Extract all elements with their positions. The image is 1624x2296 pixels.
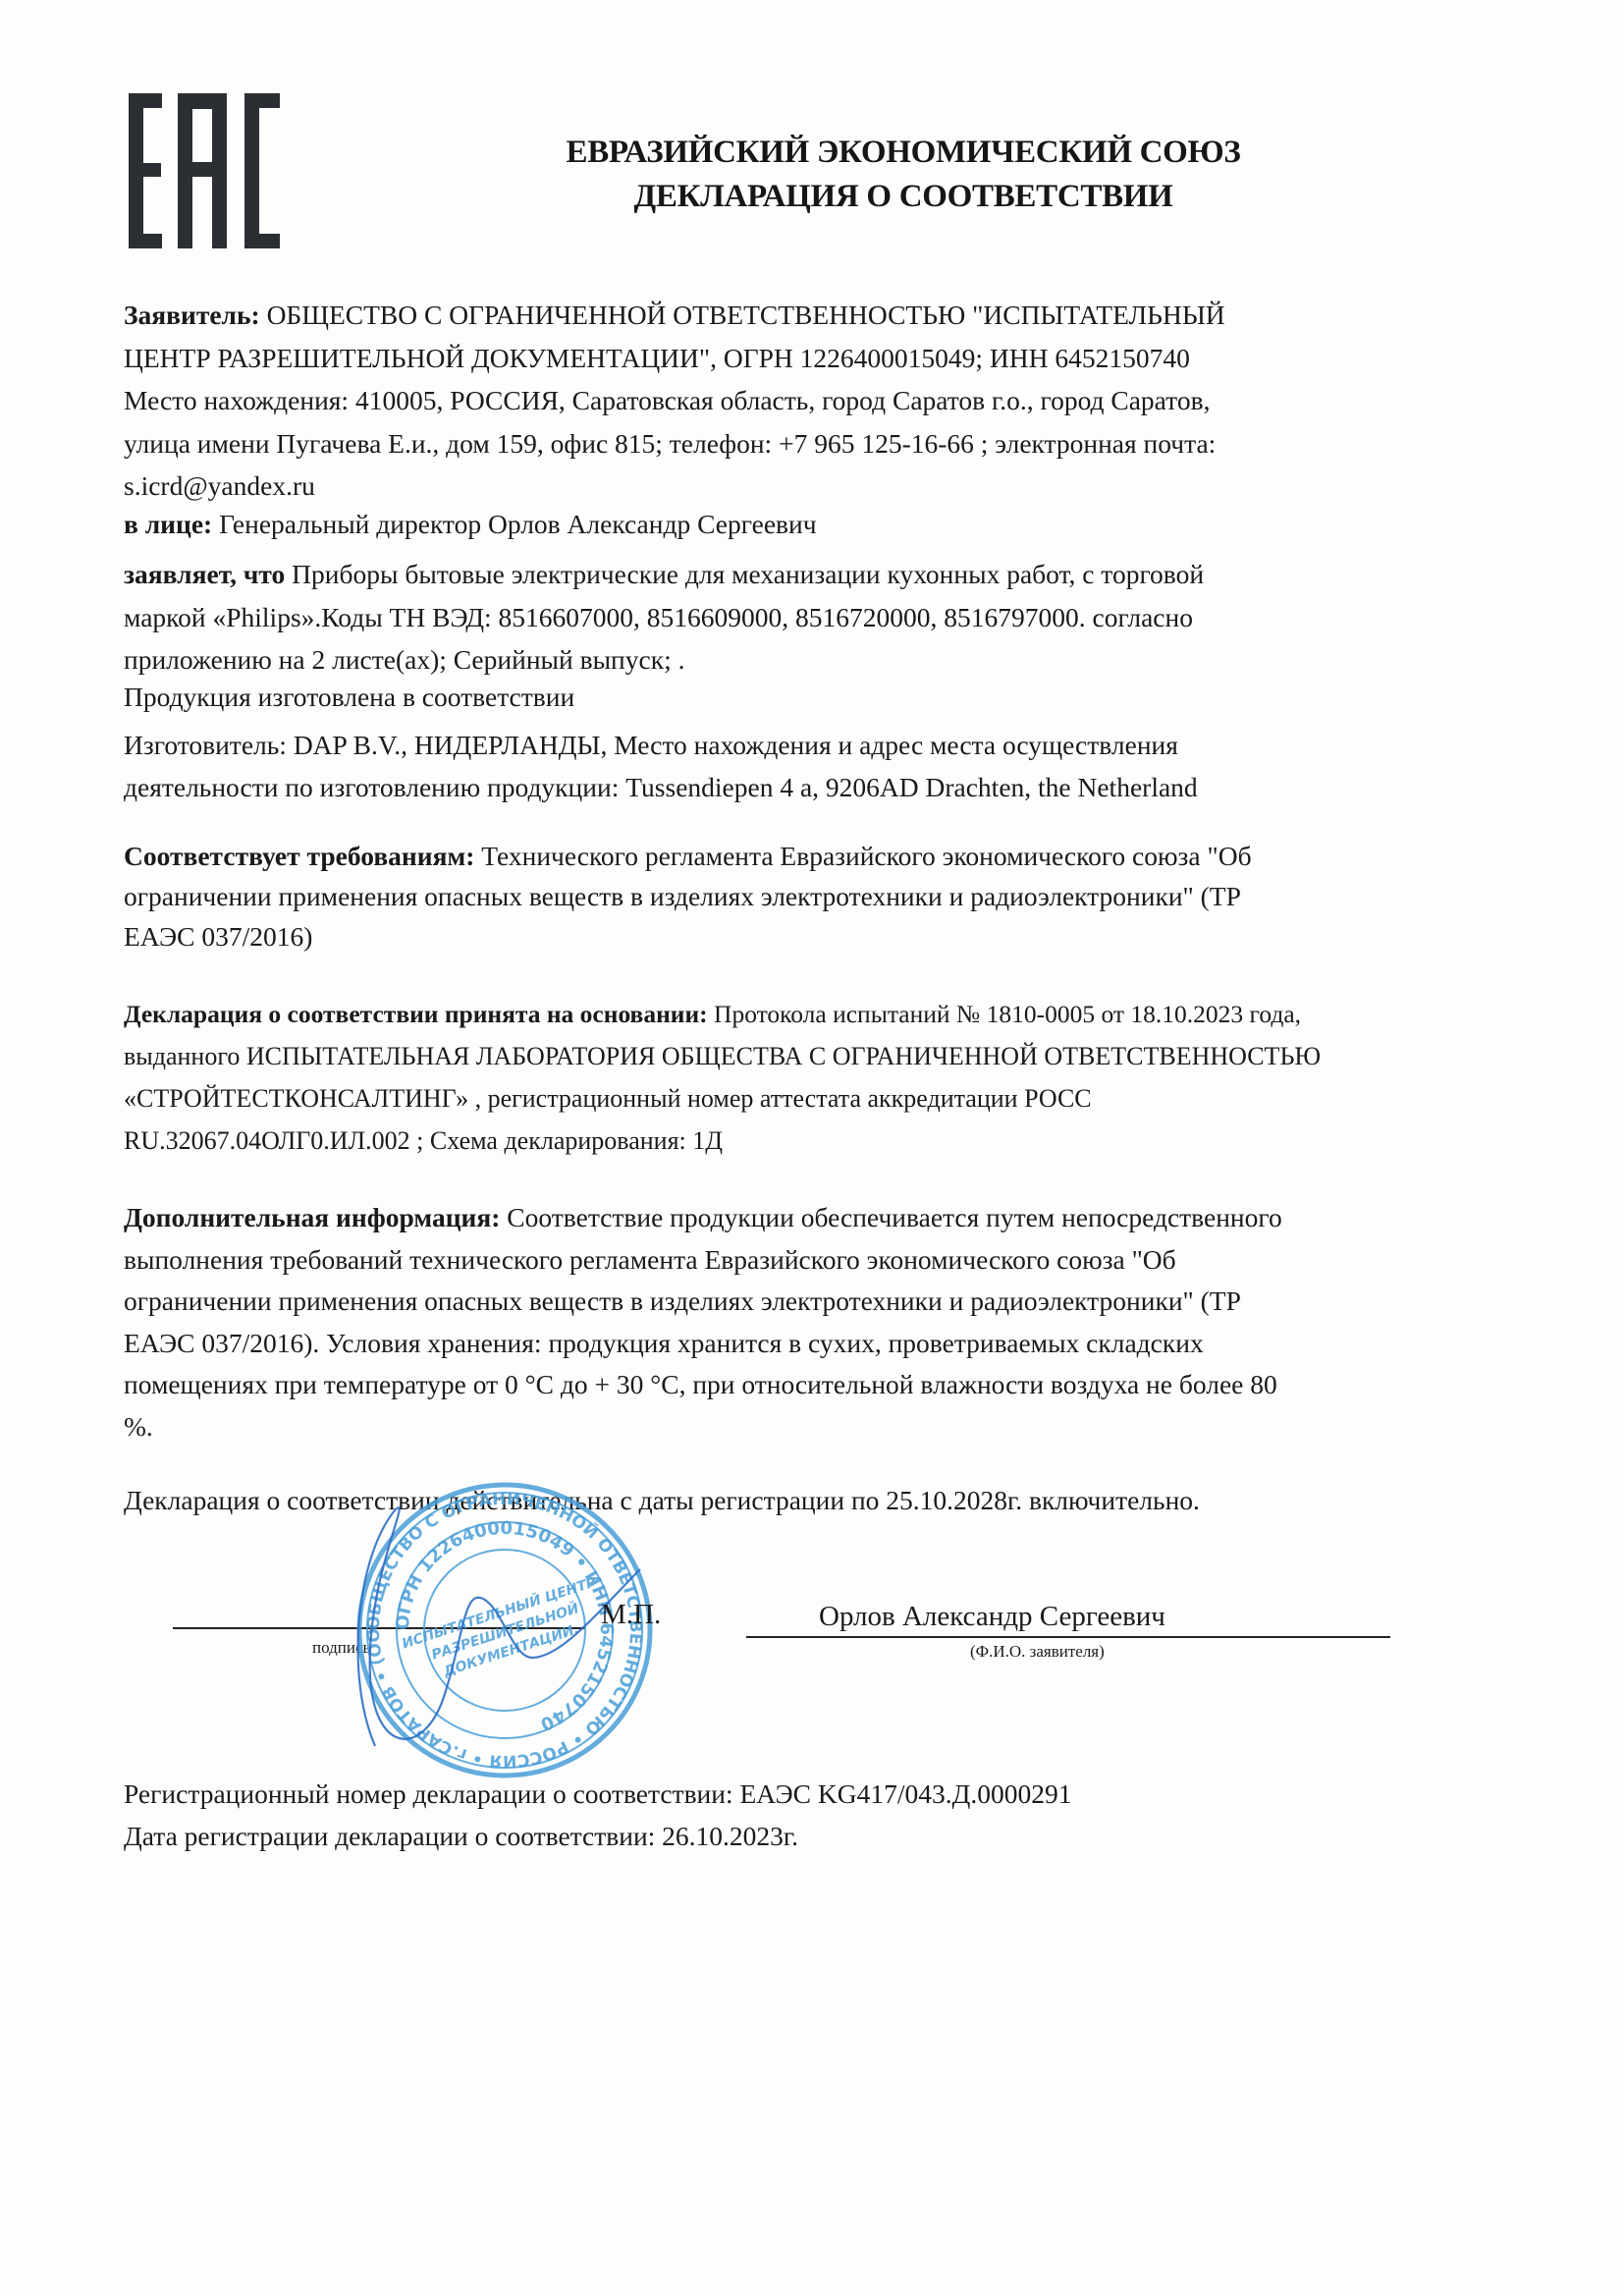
eac-logo-icon (129, 93, 280, 248)
declares-label: заявляет, что (124, 559, 285, 589)
additional-info-label: Дополнительная информация: (124, 1202, 500, 1232)
registration-section: Регистрационный номер декларации о соотв… (124, 1773, 1518, 1857)
applicant-label: Заявитель: (124, 300, 260, 330)
manufacturer-section: Продукция изготовлена в соответствии Изг… (124, 676, 1518, 809)
applicant-section: Заявитель: ОБЩЕСТВО С ОГРАНИЧЕННОЙ ОТВЕТ… (124, 294, 1518, 508)
additional-info-section: Дополнительная информация: Соответствие … (124, 1197, 1518, 1448)
basis-label: Декларация о соответствии принята на осн… (124, 1000, 708, 1028)
applicant-email: s.icrd@yandex.ru (124, 465, 1518, 508)
declaration-page: ЕВРАЗИЙСКИЙ ЭКОНОМИЧЕСКИЙ СОЮЗ ДЕКЛАРАЦИ… (0, 0, 1624, 2296)
compliance-section: Соответствует требованиям: Технического … (124, 836, 1518, 957)
compliance-label: Соответствует требованиям: (124, 841, 474, 871)
registration-date: Дата регистрации декларации о соответств… (124, 1815, 1518, 1857)
signer-name: Орлов Александр Сергеевич (819, 1601, 1165, 1633)
validity-statement: Декларация о соответствии действительна … (124, 1479, 1518, 1522)
stamp-mark-label: М.П. (601, 1599, 661, 1631)
representative-label: в лице: (124, 509, 212, 539)
title-declaration: ДЕКЛАРАЦИЯ О СООТВЕТСТВИИ (412, 179, 1394, 215)
title-union: ЕВРАЗИЙСКИЙ ЭКОНОМИЧЕСКИЙ СОЮЗ (412, 135, 1394, 171)
signer-name-line (746, 1636, 1390, 1638)
registration-number: Регистрационный номер декларации о соотв… (124, 1773, 1518, 1815)
representative-section: в лице: Генеральный директор Орлов Алекс… (124, 503, 1518, 546)
signer-caption: (Ф.И.О. заявителя) (970, 1642, 1105, 1662)
basis-section: Декларация о соответствии принята на осн… (124, 993, 1518, 1162)
declares-section: заявляет, что Приборы бытовые электричес… (124, 553, 1518, 682)
